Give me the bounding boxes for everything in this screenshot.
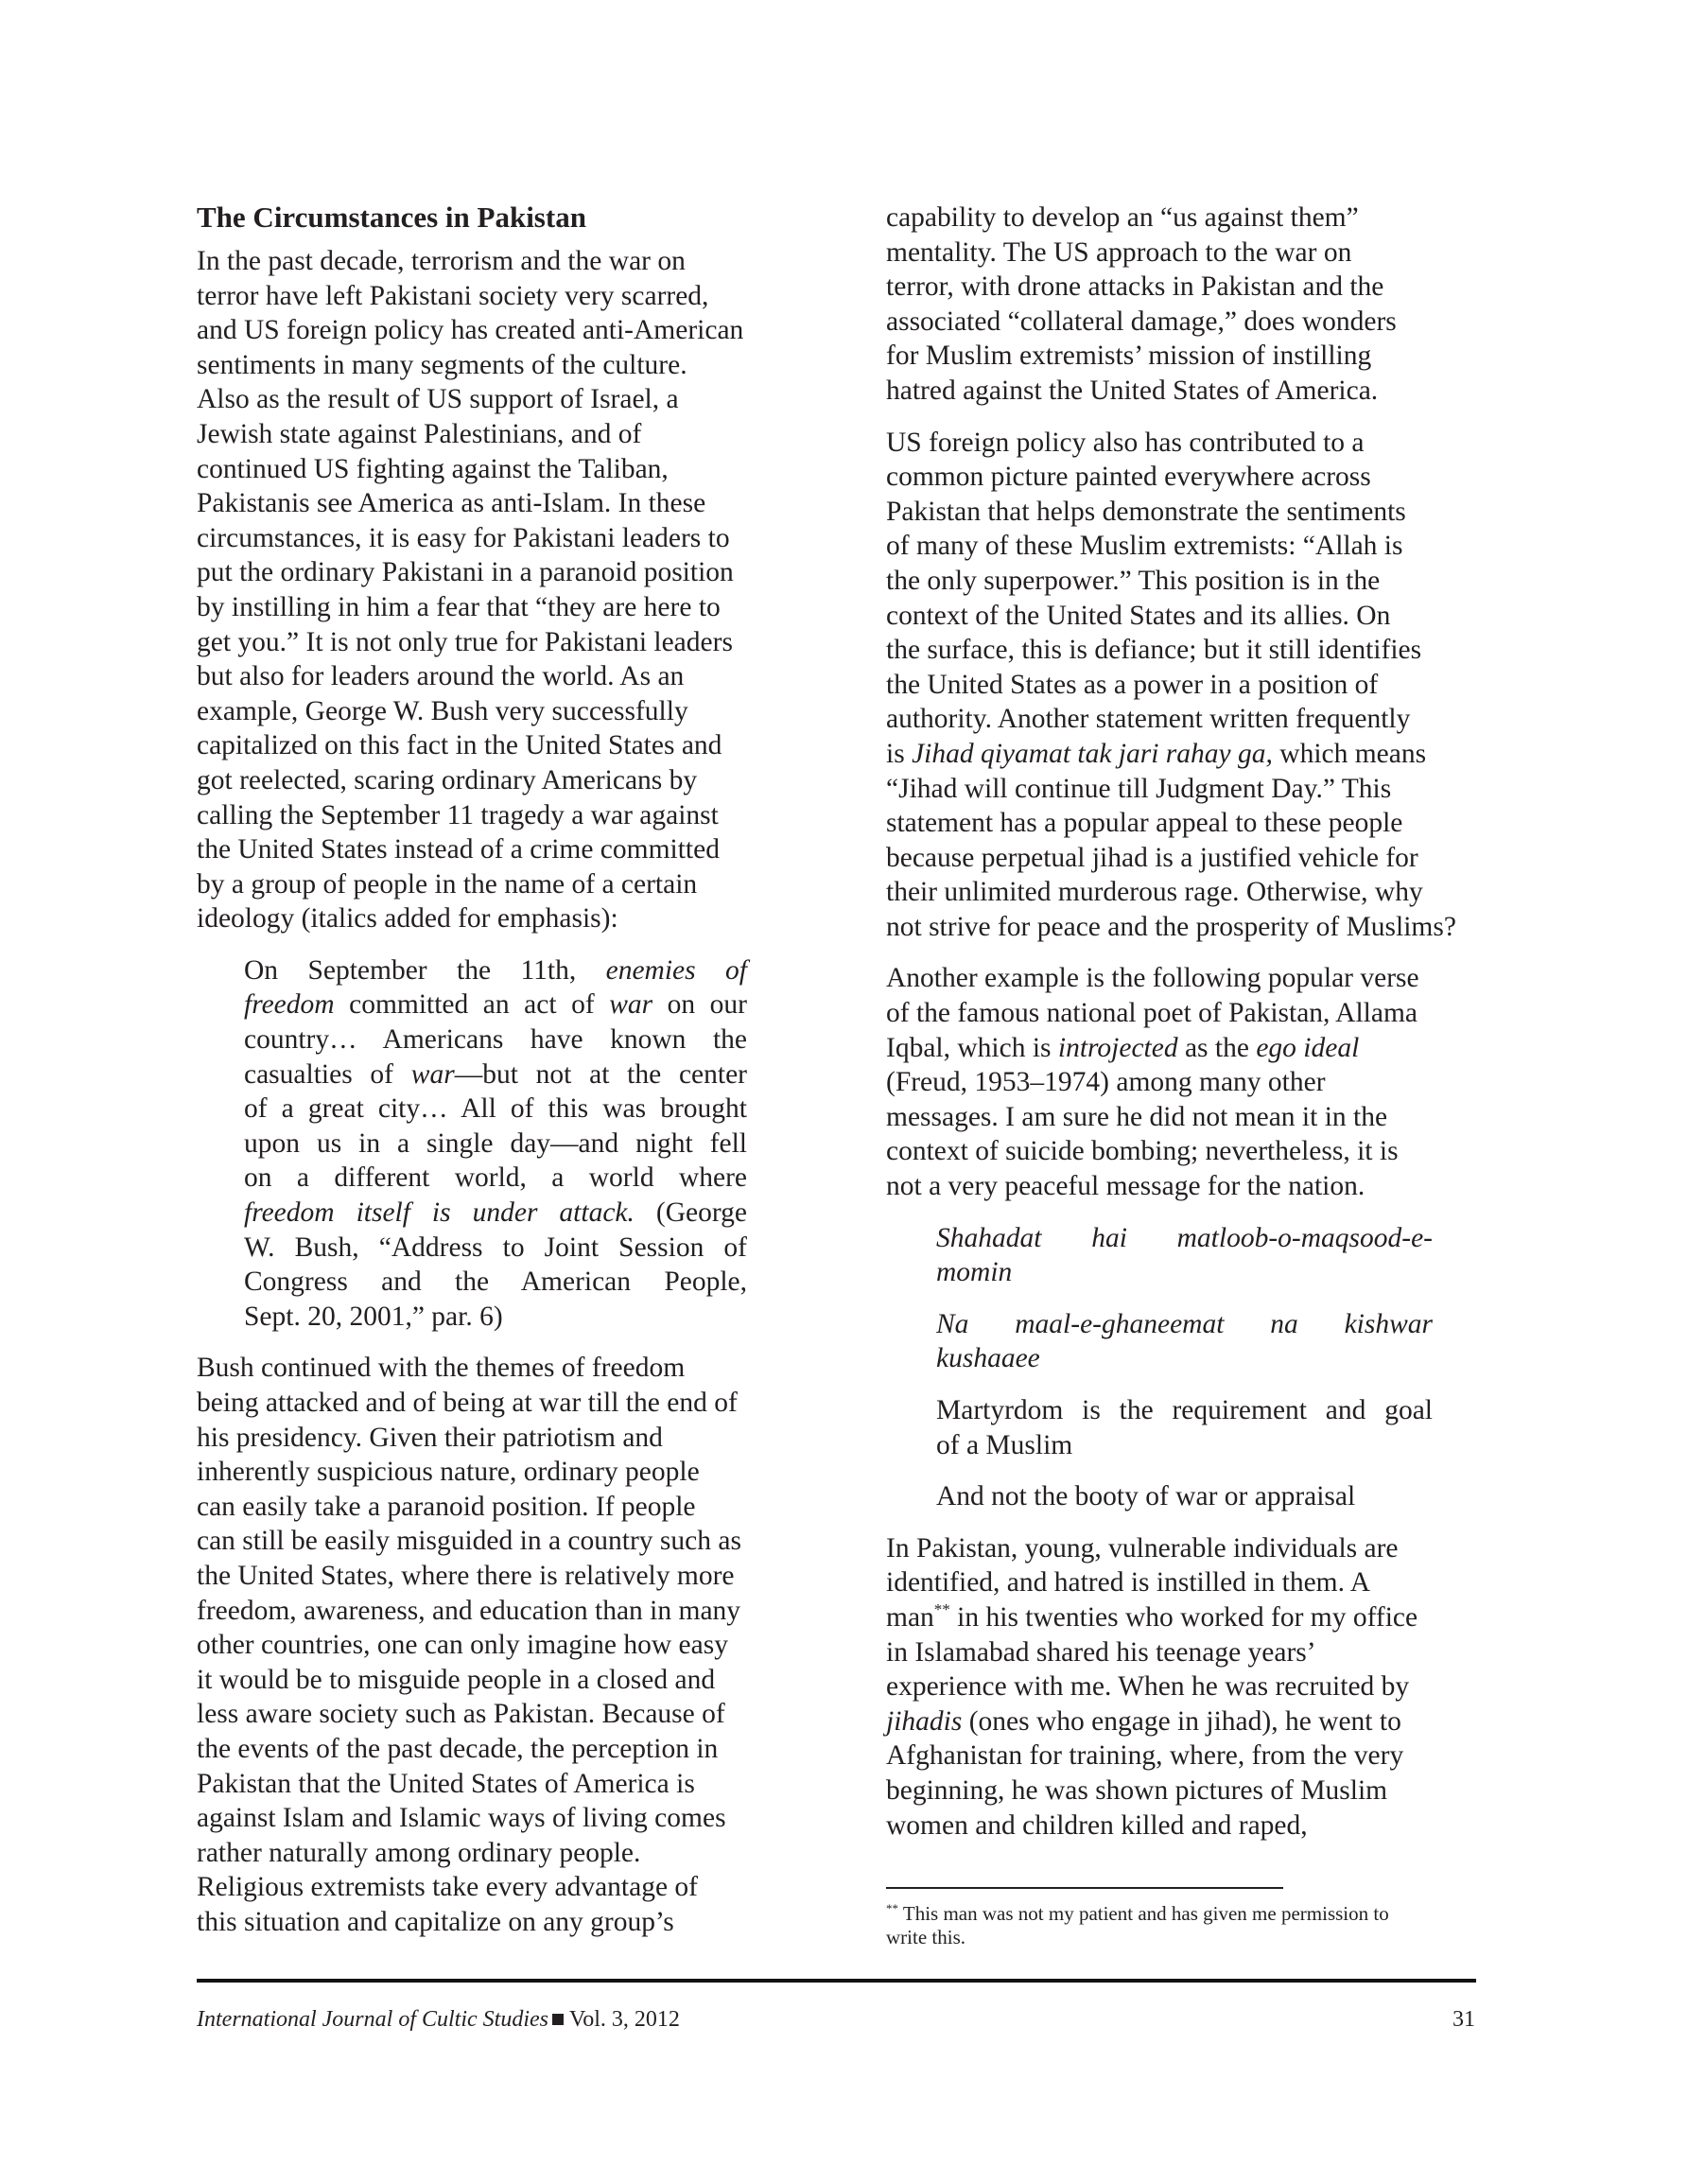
text-line: not strive for peace and the prosperity … xyxy=(886,910,1482,945)
text-line: capitalized on this fact in the United S… xyxy=(197,728,792,763)
text-line: continued US fighting against the Taliba… xyxy=(197,452,792,487)
verse-stanza-english-2: And not the booty of war or appraisal xyxy=(936,1479,1433,1514)
verse-line: momin xyxy=(936,1255,1433,1290)
text-line: women and children killed and raped, xyxy=(886,1808,1482,1843)
footnote-marker: ** xyxy=(886,1901,898,1915)
text-line: Afghanistan for training, where, from th… xyxy=(886,1738,1482,1773)
quote-text: on our xyxy=(652,989,747,1020)
text-line: calling the September 11 tragedy a war a… xyxy=(197,798,792,833)
quote-line: on a different world, a world where xyxy=(244,1161,747,1196)
text-line: can still be easily misguided in a count… xyxy=(197,1524,792,1559)
paragraph-bush-continued: Bush continued with the themes of freedo… xyxy=(197,1351,792,1939)
quote-line: casualties of war—but not at the center xyxy=(244,1057,747,1092)
verse-line: Na maal-e-ghaneemat na kishwar xyxy=(936,1307,1433,1342)
text-line: and US foreign policy has created anti-A… xyxy=(197,313,792,348)
text-line: of many of these Muslim extremists: “All… xyxy=(886,529,1482,564)
text-line: US foreign policy also has contributed t… xyxy=(886,426,1482,461)
text-line: the United States as a power in a positi… xyxy=(886,668,1482,703)
quote-italic: freedom itself is under attack. xyxy=(244,1197,635,1228)
text-line: but also for leaders around the world. A… xyxy=(197,659,792,694)
verse-line: Martyrdom is the requirement and goal xyxy=(936,1393,1433,1428)
square-bullet-icon xyxy=(552,2014,564,2025)
text-line: the United States, where there is relati… xyxy=(197,1559,792,1594)
verse-stanza-urdu-1: Shahadat hai matloob-o-maqsood-e- momin xyxy=(936,1221,1433,1290)
text-line: rather naturally among ordinary people. xyxy=(197,1836,792,1871)
text-line: the events of the past decade, the perce… xyxy=(197,1732,792,1767)
text-line: jihadis (ones who engage in jihad), he w… xyxy=(886,1704,1482,1739)
text-line: because perpetual jihad is a justified v… xyxy=(886,841,1482,876)
quote-italic: war xyxy=(411,1059,455,1090)
text-line: is Jihad qiyamat tak jari rahay ga, whic… xyxy=(886,737,1482,772)
footer-divider xyxy=(197,1979,1476,1983)
text-line: In Pakistan, young, vulnerable individua… xyxy=(886,1531,1482,1566)
text: Iqbal, which is xyxy=(886,1033,1058,1063)
volume-info: Vol. 3, 2012 xyxy=(569,2007,680,2032)
verse-line: of a Muslim xyxy=(936,1428,1433,1463)
text-line: common picture painted everywhere across xyxy=(886,460,1482,495)
text-line: man** in his twenties who worked for my … xyxy=(886,1600,1482,1635)
text: (ones who engage in jihad), he went to xyxy=(962,1706,1401,1737)
quote-line: of a great city… All of this was brought xyxy=(244,1092,747,1127)
quote-italic: freedom xyxy=(244,989,335,1020)
text-line: the United States instead of a crime com… xyxy=(197,832,792,867)
text-line: In the past decade, terrorism and the wa… xyxy=(197,244,792,279)
text-line: the surface, this is defiance; but it st… xyxy=(886,633,1482,668)
text-line: Jewish state against Palestinians, and o… xyxy=(197,417,792,452)
text-line: got reelected, scaring ordinary American… xyxy=(197,763,792,798)
footnote-line: write this. xyxy=(886,1926,1491,1949)
quote-line: freedom itself is under attack. (George xyxy=(244,1196,747,1231)
text-line: associated “collateral damage,” does won… xyxy=(886,305,1482,340)
text-line: beginning, he was shown pictures of Musl… xyxy=(886,1773,1482,1808)
text-line: capability to develop an “us against the… xyxy=(886,201,1482,236)
quote-line: country… Americans have known the xyxy=(244,1022,747,1057)
left-column: The Circumstances in Pakistan In the pas… xyxy=(197,201,792,1957)
text-line: (Freud, 1953–1974) among many other xyxy=(886,1065,1482,1100)
text-line: statement has a popular appeal to these … xyxy=(886,806,1482,841)
footnote-line: ** This man was not my patient and has g… xyxy=(886,1902,1491,1926)
section-heading: The Circumstances in Pakistan xyxy=(197,201,792,235)
text-line: Pakistanis see America as anti-Islam. In… xyxy=(197,486,792,521)
quote-text: (George xyxy=(635,1197,747,1228)
quote-text: casualties of xyxy=(244,1059,411,1090)
quote-line: upon us in a single day—and night fell xyxy=(244,1127,747,1162)
text-line: context of the United States and its all… xyxy=(886,599,1482,634)
text-line: by instilling in him a fear that “they a… xyxy=(197,590,792,625)
text-line: Pakistan that helps demonstrate the sent… xyxy=(886,495,1482,530)
paragraph-iqbal-verse-intro: Another example is the following popular… xyxy=(886,961,1482,1203)
text-line: Bush continued with the themes of freedo… xyxy=(197,1351,792,1386)
text-line: Also as the result of US support of Isra… xyxy=(197,382,792,417)
text: in his twenties who worked for my office xyxy=(950,1602,1417,1633)
journal-title: International Journal of Cultic Studies xyxy=(197,2007,548,2032)
running-footer: International Journal of Cultic StudiesV… xyxy=(197,2005,680,2034)
paragraph-us-vs-them: capability to develop an “us against the… xyxy=(886,201,1482,409)
footnote-divider xyxy=(886,1887,1283,1889)
text-line: messages. I am sure he did not mean it i… xyxy=(886,1100,1482,1135)
text-line: terror, with drone attacks in Pakistan a… xyxy=(886,270,1482,305)
text-line: it would be to misguide people in a clos… xyxy=(197,1663,792,1698)
text-line: sentiments in many segments of the cultu… xyxy=(197,348,792,383)
verse-stanza-english-1: Martyrdom is the requirement and goal of… xyxy=(936,1393,1433,1462)
text: man xyxy=(886,1602,934,1633)
quote-line: Sept. 20, 2001,” par. 6) xyxy=(244,1300,747,1335)
quote-line: On September the 11th, enemies of xyxy=(244,953,747,988)
text-line: against Islam and Islamic ways of living… xyxy=(197,1801,792,1836)
footnote: ** This man was not my patient and has g… xyxy=(886,1902,1491,1949)
text-line: Pakistan that the United States of Ameri… xyxy=(197,1767,792,1802)
text-line: this situation and capitalize on any gro… xyxy=(197,1905,792,1940)
italic-term: jihadis xyxy=(886,1706,962,1737)
text-line: Religious extremists take every advantag… xyxy=(197,1870,792,1905)
text-line: “Jihad will continue till Judgment Day.”… xyxy=(886,772,1482,807)
paragraph-recruitment: In Pakistan, young, vulnerable individua… xyxy=(886,1531,1482,1843)
italic-term: introjected xyxy=(1058,1033,1178,1063)
footnote-text: This man was not my patient and has give… xyxy=(898,1902,1389,1925)
italic-term: ego ideal xyxy=(1256,1033,1359,1063)
text-line: authority. Another statement written fre… xyxy=(886,702,1482,737)
text: which means xyxy=(1273,739,1426,769)
text-line: terror have left Pakistani society very … xyxy=(197,279,792,314)
text-line: mentality. The US approach to the war on xyxy=(886,236,1482,271)
urdu-phrase-italic: Jihad qiyamat tak jari rahay ga, xyxy=(912,739,1273,769)
text-line: Another example is the following popular… xyxy=(886,961,1482,996)
text: as the xyxy=(1178,1033,1257,1063)
verse-line: And not the booty of war or appraisal xyxy=(936,1479,1433,1514)
text-line: experience with me. When he was recruite… xyxy=(886,1669,1482,1704)
verse-stanza-urdu-2: Na maal-e-ghaneemat na kishwar kushaaee xyxy=(936,1307,1433,1376)
right-column: capability to develop an “us against the… xyxy=(886,201,1482,1860)
text-line: inherently suspicious nature, ordinary p… xyxy=(197,1455,792,1490)
text-line: context of suicide bombing; nevertheless… xyxy=(886,1134,1482,1169)
bush-block-quote: On September the 11th, enemies of freedo… xyxy=(244,953,747,1335)
text-line: for Muslim extremists’ mission of instil… xyxy=(886,339,1482,374)
text-line: hatred against the United States of Amer… xyxy=(886,374,1482,409)
quote-line: W. Bush, “Address to Joint Session of xyxy=(244,1231,747,1266)
paragraph-intro: In the past decade, terrorism and the wa… xyxy=(197,244,792,936)
text-line: other countries, one can only imagine ho… xyxy=(197,1628,792,1663)
quote-line: Congress and the American People, xyxy=(244,1265,747,1300)
text-line: freedom, awareness, and education than i… xyxy=(197,1594,792,1629)
page-number: 31 xyxy=(1418,2005,1475,2034)
text-line: can easily take a paranoid position. If … xyxy=(197,1490,792,1525)
quote-text: —but not at the center xyxy=(455,1059,747,1090)
quote-text: committed an act of xyxy=(335,989,610,1020)
text-line: in Islamabad shared his teenage years’ xyxy=(886,1635,1482,1670)
text-line: less aware society such as Pakistan. Bec… xyxy=(197,1697,792,1732)
text-line: being attacked and of being at war till … xyxy=(197,1386,792,1421)
text-line: put the ordinary Pakistani in a paranoid… xyxy=(197,555,792,590)
text-line: circumstances, it is easy for Pakistani … xyxy=(197,521,792,556)
text-line: the only superpower.” This position is i… xyxy=(886,564,1482,599)
text-line: of the famous national poet of Pakistan,… xyxy=(886,996,1482,1031)
paragraph-foreign-policy: US foreign policy also has contributed t… xyxy=(886,426,1482,945)
text-line: example, George W. Bush very successfull… xyxy=(197,694,792,729)
verse-line: Shahadat hai matloob-o-maqsood-e- xyxy=(936,1221,1433,1256)
verse-line: kushaaee xyxy=(936,1341,1433,1376)
quote-italic: war xyxy=(609,989,652,1020)
text-line: not a very peaceful message for the nati… xyxy=(886,1169,1482,1204)
quote-italic: enemies of xyxy=(606,955,747,986)
text: is xyxy=(886,739,912,769)
text-line: Iqbal, which is introjected as the ego i… xyxy=(886,1031,1482,1066)
text-line: by a group of people in the name of a ce… xyxy=(197,867,792,902)
text-line: his presidency. Given their patriotism a… xyxy=(197,1421,792,1456)
text-line: identified, and hatred is instilled in t… xyxy=(886,1565,1482,1600)
quote-line: freedom committed an act of war on our xyxy=(244,987,747,1022)
text-line: ideology (italics added for emphasis): xyxy=(197,901,792,936)
quote-text: On September the 11th, xyxy=(244,955,576,986)
footnote-marker[interactable]: ** xyxy=(934,1600,950,1618)
text-line: get you.” It is not only true for Pakist… xyxy=(197,625,792,660)
text-line: their unlimited murderous rage. Otherwis… xyxy=(886,875,1482,910)
